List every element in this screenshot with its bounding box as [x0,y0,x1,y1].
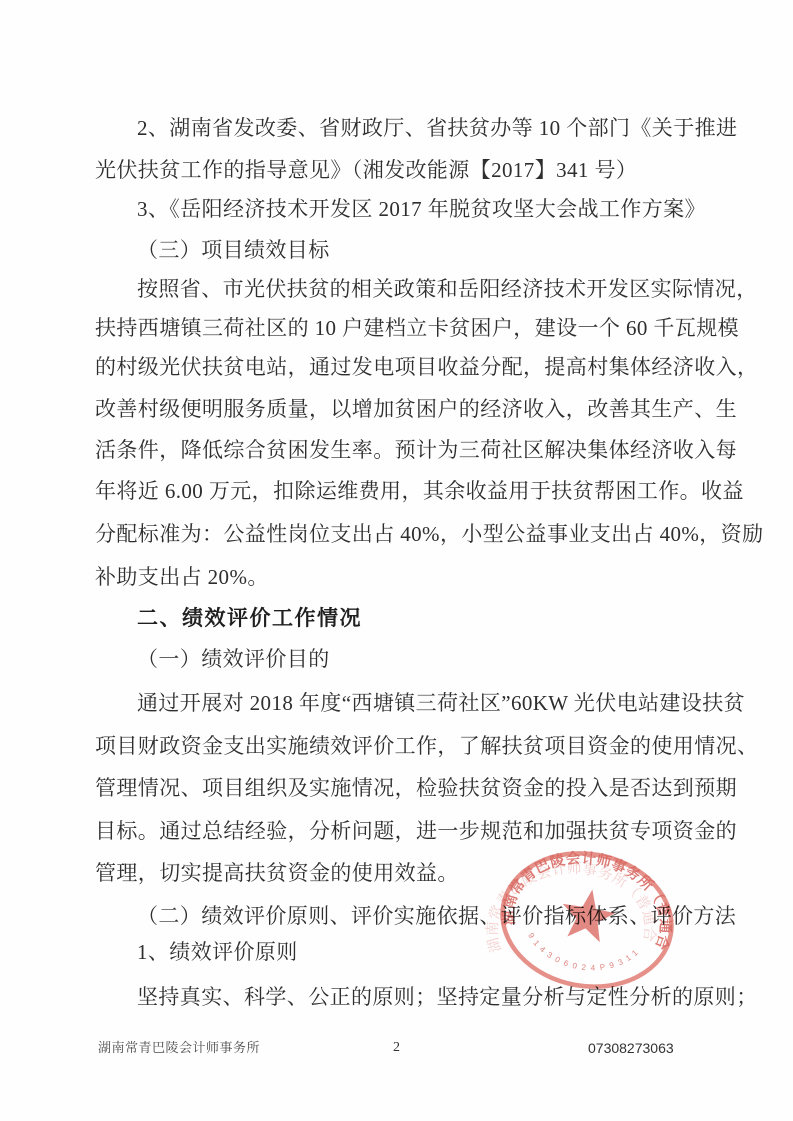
doc-line: 分配标准为：公益性岗位支出占 40%，小型公益事业支出占 40%，资励 [95,521,720,547]
doc-line: 补助支出占 20%。 [95,564,720,590]
subsection-heading: （一）绩效评价目的 [95,646,762,672]
svg-text:湖南常青巴陵会计师事务所（普通合伙）: 湖南常青巴陵会计师事务所（普通合伙） [477,825,660,956]
doc-line: 的村级光伏扶贫电站，通过发电项目收益分配，提高村集体经济收入， [95,354,720,380]
footer-phone-number: 07308273063 [588,1040,674,1056]
seal-star-icon [557,885,618,944]
scanned-document-page: 2、湖南省发改委、省财政厅、省扶贫办等 10 个部门《关于推进 光伏扶贫工作的指… [0,0,793,1121]
seal-ring-text-ghost: 湖南常青巴陵会计师事务所（普通合伙） [477,825,660,956]
doc-line: 按照省、市光伏扶贫的相关政策和岳阳经济技术开发区实际情况， [95,276,762,302]
doc-line: 3、《岳阳经济技术开发区 2017 年脱贫攻坚大会战工作方案》 [95,196,762,222]
doc-line: 活条件，降低综合贫困发生率。预计为三荷社区解决集体经济收入每 [95,437,720,463]
doc-line: 年将近 6.00 万元，扣除运维费用，其余收益用于扶贫帮困工作。收益 [95,478,720,504]
section-heading: 二、绩效评价工作情况 [95,605,762,631]
doc-line: 改善村级便明服务质量，以增加贫困户的经济收入，改善其生产、生 [95,396,720,422]
doc-line: （三）项目绩效目标 [95,237,762,263]
doc-line: 2、湖南省发改委、省财政厅、省扶贫办等 10 个部门《关于推进 [95,115,762,141]
doc-line: 项目财政资金支出实施绩效评价工作，了解扶贫项目资金的使用情况、 [95,733,720,759]
doc-line: 光伏扶贫工作的指导意见》（湘发改能源【2017】341 号） [95,157,720,183]
doc-line: 管理情况、项目组织及实施情况，检验扶贫资金的投入是否达到预期 [95,775,720,801]
doc-line: 通过开展对 2018 年度“西塘镇三荷社区”60KW 光伏电站建设扶贫 [95,690,762,716]
doc-line: 扶持西塘镇三荷社区的 10 户建档立卡贫困户，建设一个 60 千瓦规模 [95,315,720,341]
footer-page-number: 2 [0,1040,793,1056]
official-seal: 湖南常青巴陵会计师事务所（普通合伙） 湖南常青巴陵会计师事务所（普通合伙） 91… [477,825,697,1015]
